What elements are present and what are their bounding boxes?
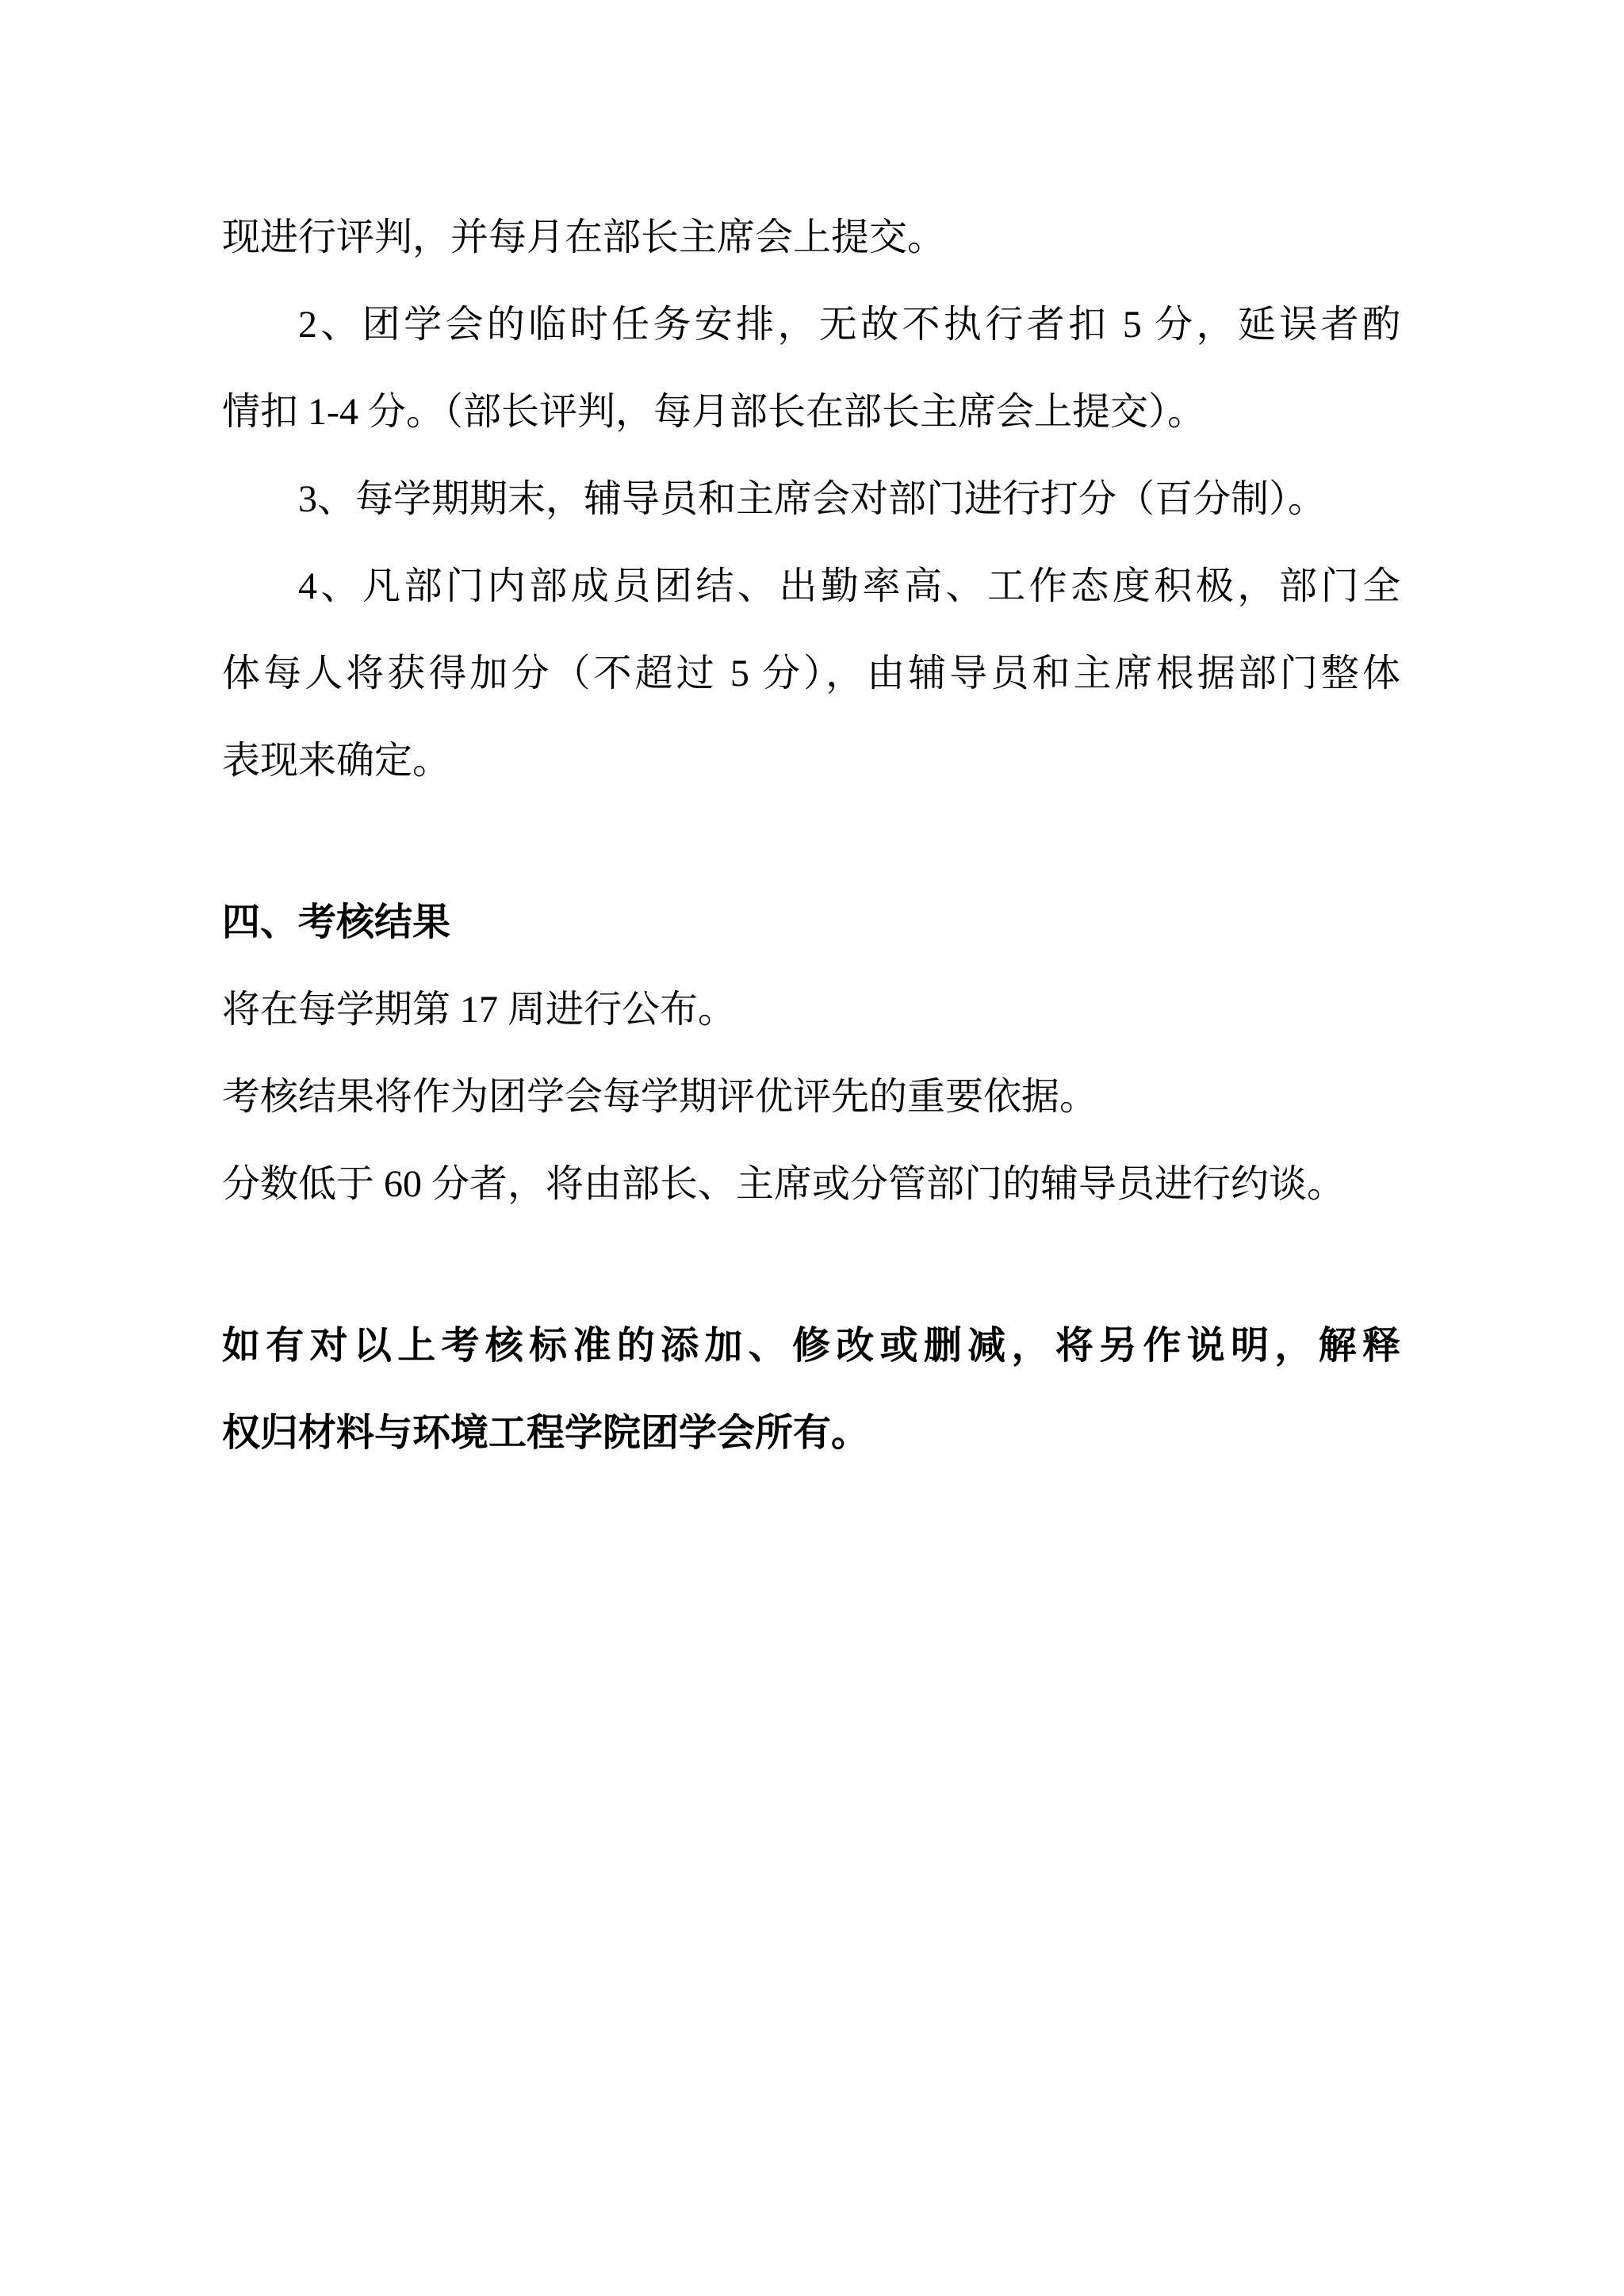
para-item-3: 3、每学期期末，辅导员和主席会对部门进行打分（百分制）。 [222, 456, 1400, 543]
heading-section-4-line-1: 四、考核结果 [222, 879, 1400, 966]
para-below-60-line-1: 分数低于 60 分者，将由部长、主席或分管部门的辅导员进行约谈。 [222, 1141, 1400, 1228]
document-content: 现进行评判，并每月在部长主席会上提交。2、团学会的临时任务安排，无故不执行者扣 … [222, 194, 1400, 1477]
para-closing-note-line-2: 权归材料与环境工程学院团学会所有。 [222, 1390, 1400, 1477]
para-item-4-line-1: 4、凡部门内部成员团结、出勤率高、工作态度积极，部门全 [222, 543, 1400, 630]
para-evaluation-basis: 考核结果将作为团学会每学期评优评先的重要依据。 [222, 1054, 1400, 1141]
para-below-60: 分数低于 60 分者，将由部长、主席或分管部门的辅导员进行约谈。 [222, 1141, 1400, 1228]
para-item-4-line-2: 体每人将获得加分（不超过 5 分），由辅导员和主席根据部门整体 [222, 630, 1400, 717]
document-page: 现进行评判，并每月在部长主席会上提交。2、团学会的临时任务安排，无故不执行者扣 … [0, 0, 1624, 2296]
para-publish-week: 将在每学期第 17 周进行公布。 [222, 966, 1400, 1054]
para-item-4-line-3: 表现来确定。 [222, 717, 1400, 805]
para-item-3-line-1: 3、每学期期末，辅导员和主席会对部门进行打分（百分制）。 [222, 456, 1400, 543]
para-item-2-line-1: 2、团学会的临时任务安排，无故不执行者扣 5 分，延误者酌 [222, 281, 1400, 369]
para-judged-monthly-line-1: 现进行评判，并每月在部长主席会上提交。 [222, 194, 1400, 281]
para-item-4: 4、凡部门内部成员团结、出勤率高、工作态度积极，部门全体每人将获得加分（不超过 … [222, 543, 1400, 805]
heading-section-4: 四、考核结果 [222, 879, 1400, 966]
para-evaluation-basis-line-1: 考核结果将作为团学会每学期评优评先的重要依据。 [222, 1054, 1400, 1141]
para-item-2: 2、团学会的临时任务安排，无故不执行者扣 5 分，延误者酌情扣 1-4 分。（部… [222, 281, 1400, 456]
para-closing-note: 如有对以上考核标准的添加、修改或删减，将另作说明，解释权归材料与环境工程学院团学… [222, 1303, 1400, 1477]
para-closing-note-line-1: 如有对以上考核标准的添加、修改或删减，将另作说明，解释 [222, 1303, 1400, 1390]
para-item-2-line-2: 情扣 1-4 分。（部长评判，每月部长在部长主席会上提交）。 [222, 369, 1400, 456]
para-publish-week-line-1: 将在每学期第 17 周进行公布。 [222, 966, 1400, 1054]
para-judged-monthly: 现进行评判，并每月在部长主席会上提交。 [222, 194, 1400, 281]
